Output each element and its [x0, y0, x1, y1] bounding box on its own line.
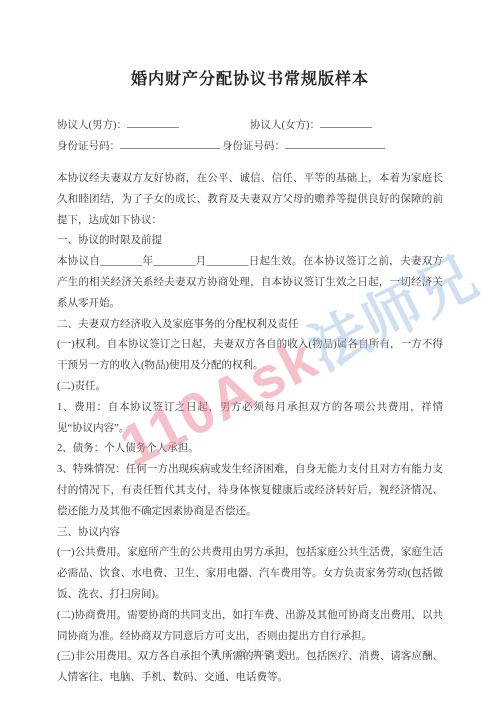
- body-paragraph: 3、特殊情况：任何一方出现疾病或发生经济困难，自身无能力支付且对方有能力支付的情…: [57, 460, 443, 522]
- id-row: 身份证号码： 身份证号码：: [57, 138, 443, 159]
- party-male-label: 协议人(男方)：: [57, 120, 127, 131]
- party-male-blank: [127, 119, 179, 128]
- id-male-blank: [120, 140, 220, 149]
- party-male-field: 协议人(男方)：: [57, 117, 250, 132]
- body-paragraph: (一)公共费用。家庭所产生的公共费用由男方承担，包括家庭公共生活费，家庭生活必需…: [57, 543, 443, 605]
- body-paragraph: 本协议经夫妻双方友好协商，在公平、诚信、信任、平等的基础上，本着为家庭长久和睦团…: [57, 169, 443, 231]
- body-paragraph: (一)权利。自本协议签订之日起，夫妻双方各自的收入(物品)属各自所有，一方不得干…: [57, 335, 443, 377]
- id-female-label: 身份证号码：: [222, 141, 285, 152]
- body-paragraph: 1、费用：自本协议签订之日起，男方必须每月承担双方的各项公共费用，祥情见“协议内…: [57, 398, 443, 440]
- body-paragraph: 本协议自________年________月________日起生效。在本协议签…: [57, 252, 443, 314]
- document-body: 本协议经夫妻双方友好协商，在公平、诚信、信任、平等的基础上，本着为家庭长久和睦团…: [57, 169, 443, 689]
- section-heading-3: 三、协议内容: [57, 523, 443, 544]
- document-page: 婚内财产分配协议书常规版样本 协议人(男方)： 协议人(女方)： 身份证号码： …: [0, 0, 500, 706]
- party-row: 协议人(男方)： 协议人(女方)：: [57, 117, 443, 138]
- section-heading-2: 二、夫妻双方经济收入及家庭事务的分配权利及责任: [57, 315, 443, 336]
- page-footer: 第 1 页 共 2 页: [0, 647, 500, 660]
- party-fields: 协议人(男方)： 协议人(女方)： 身份证号码： 身份证号码：: [57, 117, 443, 159]
- party-female-blank: [320, 119, 372, 128]
- section-heading-1: 一、协议的时限及前提: [57, 231, 443, 252]
- body-paragraph: (二)协商费用。需要协商的共同支出，如打车费、出游及其他可协商支出费用，以共同协…: [57, 606, 443, 648]
- id-male-field: 身份证号码：: [57, 138, 222, 153]
- body-paragraph: (二)责任。: [57, 377, 443, 398]
- body-paragraph: 2、债务：个人债务个人承担。: [57, 439, 443, 460]
- id-male-label: 身份证号码：: [57, 141, 120, 152]
- id-female-blank: [285, 140, 385, 149]
- id-female-field: 身份证号码：: [222, 138, 443, 153]
- party-female-field: 协议人(女方)：: [250, 117, 443, 132]
- party-female-label: 协议人(女方)：: [250, 120, 320, 131]
- document-title: 婚内财产分配协议书常规版样本: [0, 66, 500, 89]
